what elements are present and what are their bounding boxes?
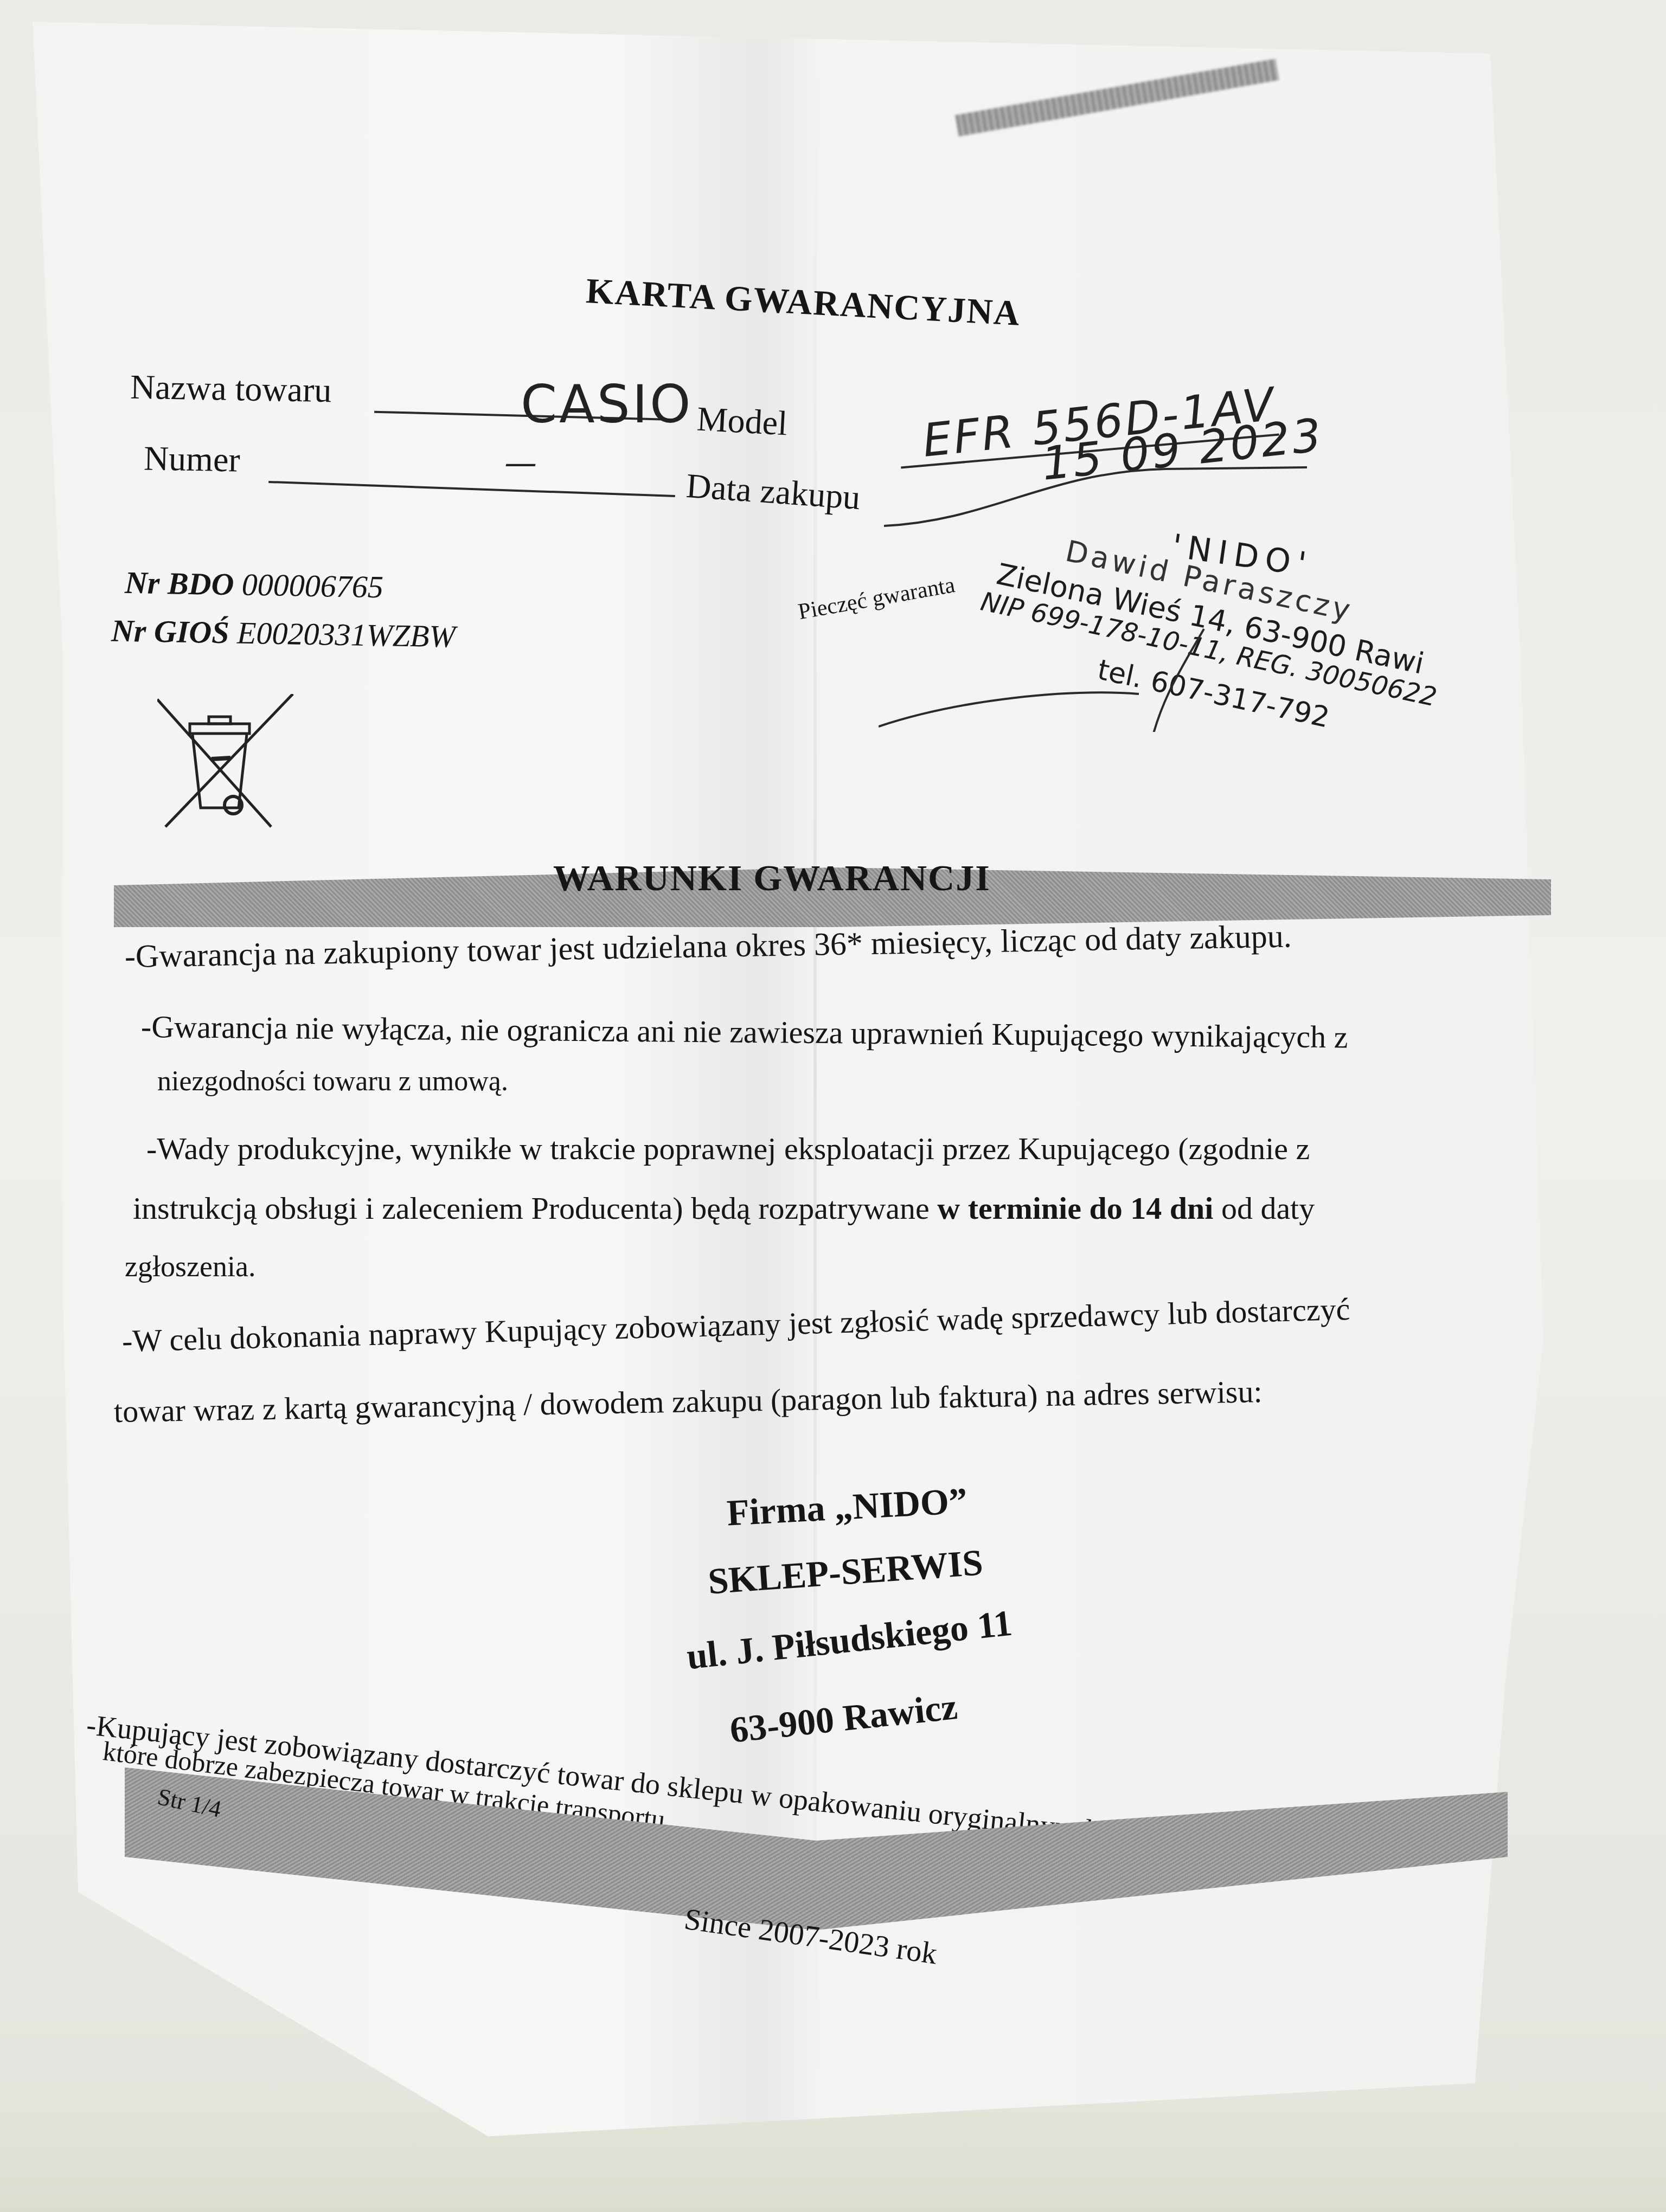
product-name-value: CASIO <box>521 374 693 435</box>
product-name-label: Nazwa towaru <box>130 367 332 410</box>
purchase-date-underline <box>884 461 1318 531</box>
terms-heading: WARUNKI GWARANCJI <box>553 857 991 899</box>
gios-value: E0020331WZBW <box>237 615 456 654</box>
terms-paragraph-3-line-2: instrukcją obsługi i zaleceniem Producen… <box>133 1190 1315 1226</box>
bdo-label: Nr BDO <box>124 565 234 602</box>
terms-paragraph-2-line-2: niezgodności towaru z umową. <box>157 1065 508 1097</box>
gios-number: Nr GIOŚ E0020331WZBW <box>111 612 456 654</box>
terms-paragraph-3-line-1: -Wady produkcyjne, wynikłe w trakcie pop… <box>146 1130 1310 1167</box>
desk-surface <box>0 2104 1666 2212</box>
gios-label: Nr GIOŚ <box>111 613 229 650</box>
crossed-out-wheelie-bin-icon <box>157 694 298 829</box>
terms-p3-text-end: od daty <box>1213 1191 1315 1226</box>
terms-p3-text: instrukcją obsługi i zaleceniem Producen… <box>133 1191 937 1226</box>
number-value: — <box>504 445 539 483</box>
number-label: Numer <box>143 438 240 480</box>
bdo-number: Nr BDO 000006765 <box>124 564 383 605</box>
signature-stroke <box>879 623 1312 732</box>
model-label: Model <box>696 399 789 444</box>
terms-paragraph-3-line-3: zgłoszenia. <box>125 1250 255 1283</box>
terms-p3-deadline: w terminie do 14 dni <box>937 1191 1213 1226</box>
bdo-value: 000006765 <box>241 567 383 605</box>
